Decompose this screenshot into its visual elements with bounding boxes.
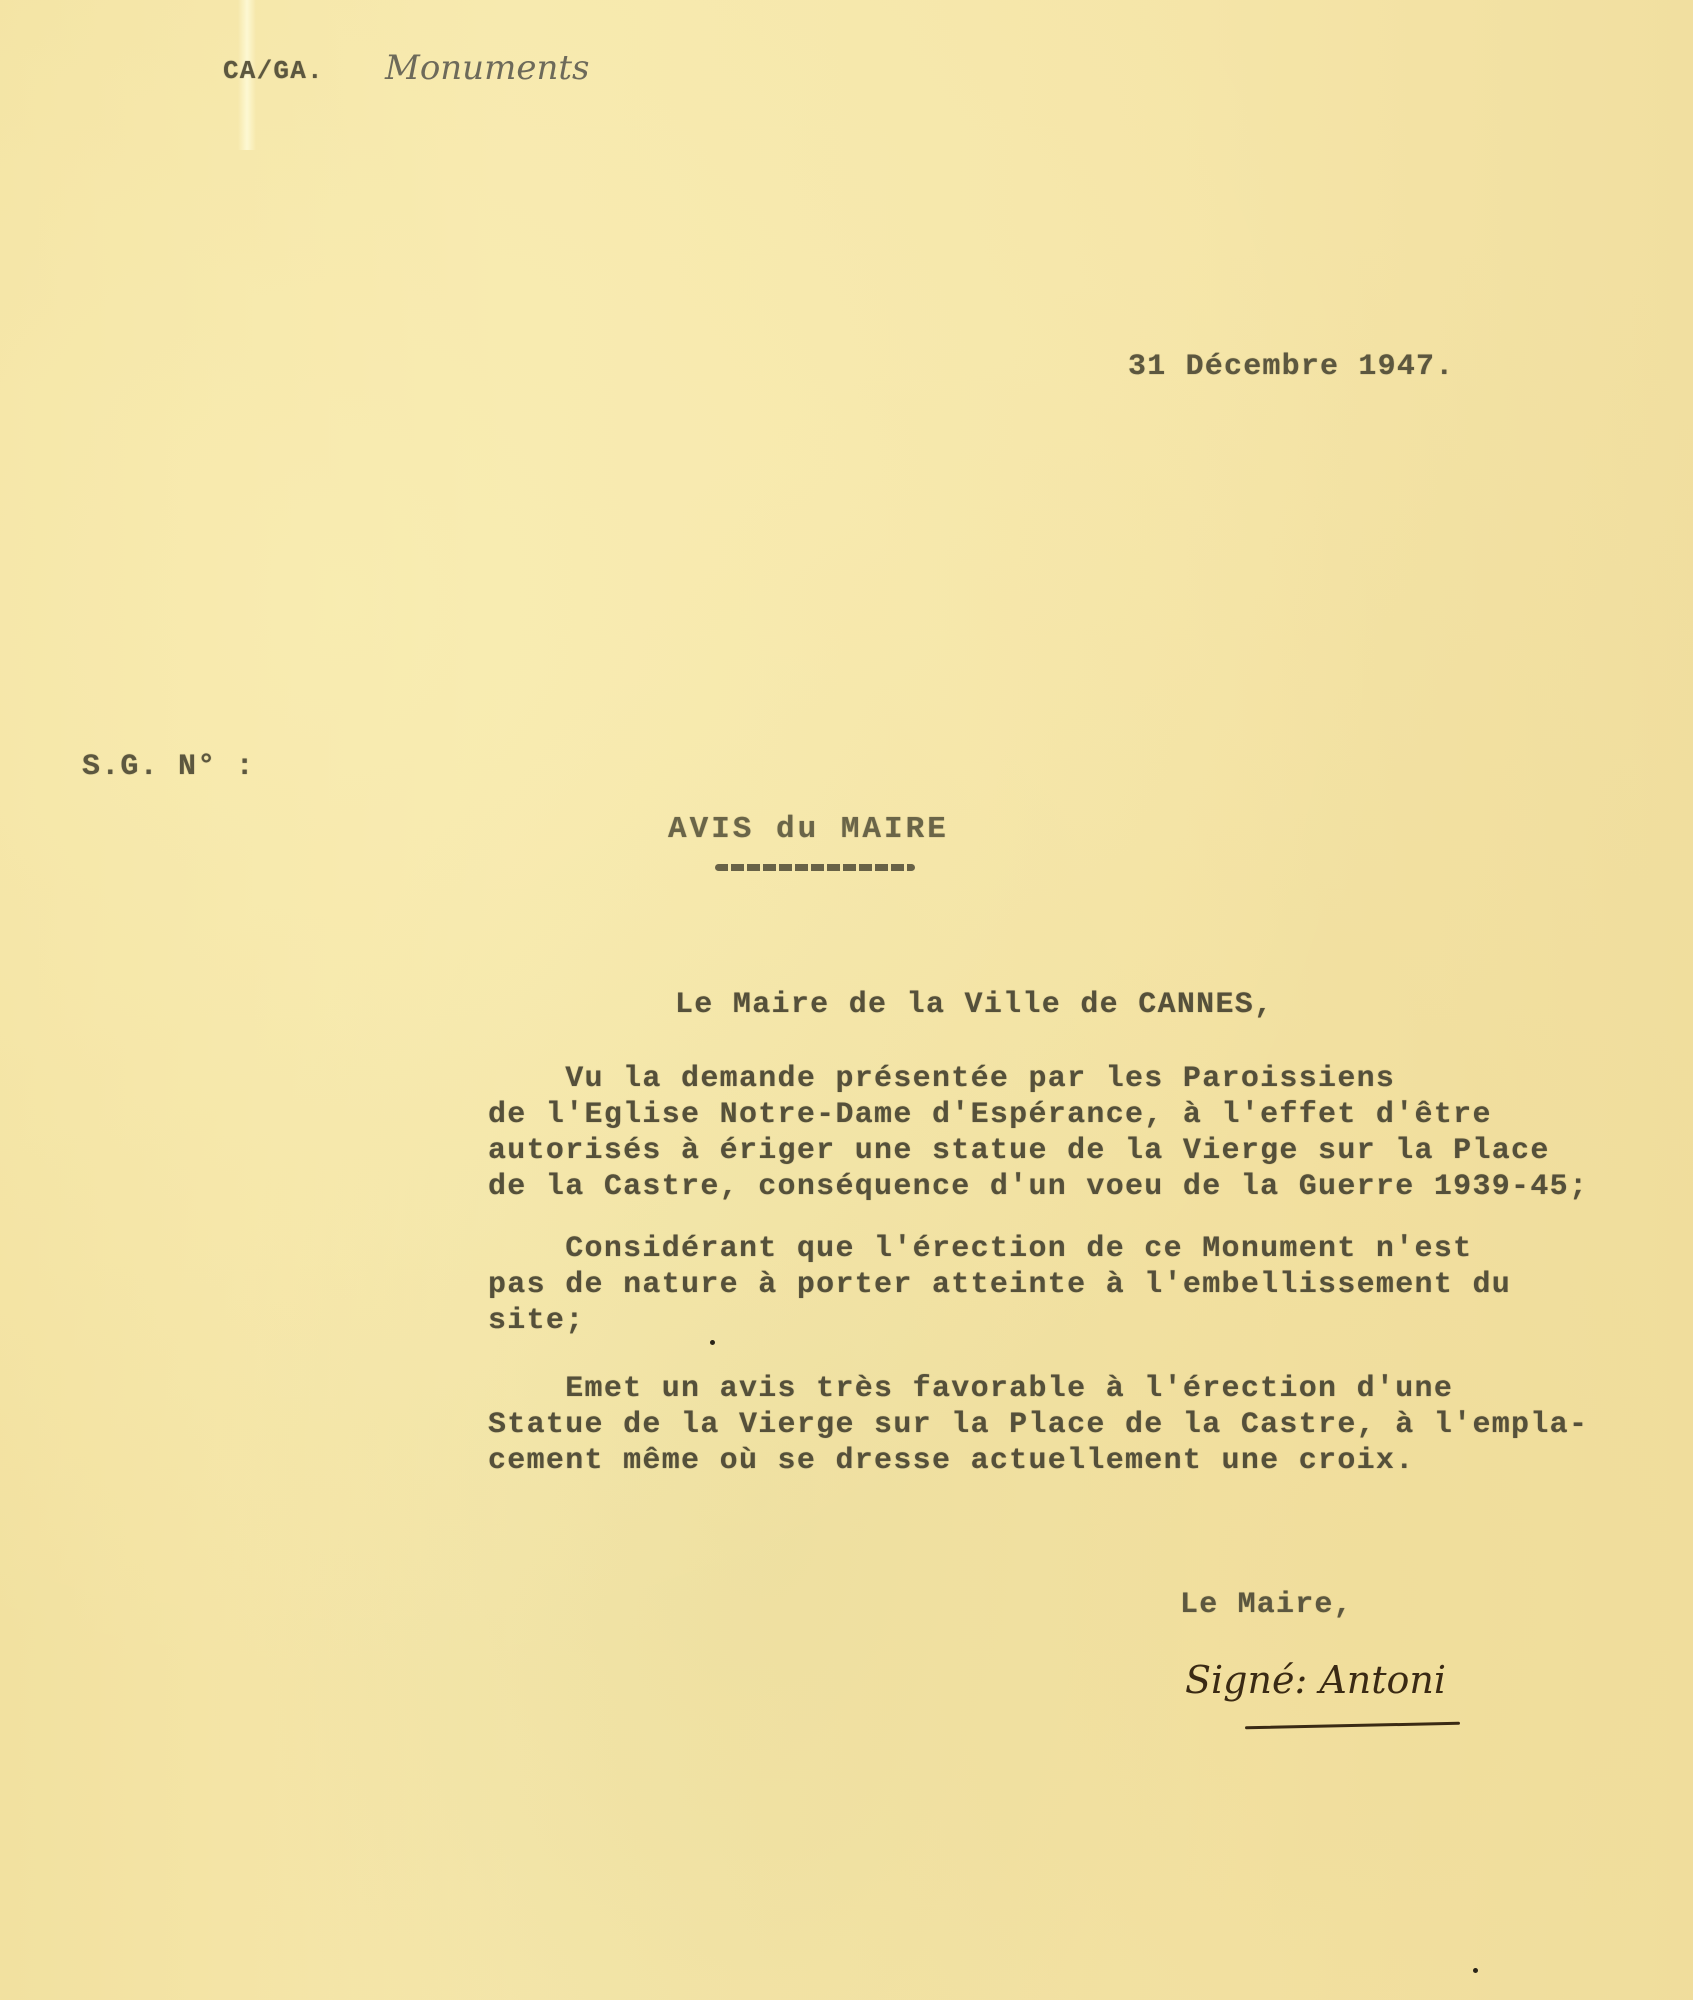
paragraph-line: site; (488, 1304, 585, 1338)
title-underline (715, 864, 915, 871)
closing-title: Le Maire, (1180, 1588, 1353, 1622)
signature-underline (1245, 1722, 1460, 1730)
paragraph-line: Emet un avis très favorable à l'érection… (488, 1372, 1453, 1406)
salutation: Le Maire de la Ville de CANNES, (675, 988, 1273, 1022)
sg-number-label: S.G. N° : (82, 750, 255, 784)
document-title: AVIS du MAIRE (668, 812, 949, 847)
paragraph-line: cement même où se dresse actuellement un… (488, 1444, 1415, 1478)
paragraph-line: autorisés à ériger une statue de la Vier… (488, 1134, 1550, 1168)
document-date: 31 Décembre 1947. (1128, 350, 1454, 384)
paragraph-line: de l'Eglise Notre-Dame d'Espérance, à l'… (488, 1098, 1492, 1132)
paragraph-line: de la Castre, conséquence d'un voeu de l… (488, 1170, 1588, 1204)
reference-code: CA/GA. (223, 56, 324, 86)
paragraph-line: Considérant que l'érection de ce Monumen… (488, 1232, 1472, 1266)
paragraph-line: Statue de la Vierge sur la Place de la C… (488, 1408, 1588, 1442)
handwritten-signature: Signé: Antoni (1185, 1658, 1446, 1702)
ink-speck (710, 1340, 715, 1345)
paragraph-line: Vu la demande présentée par les Paroissi… (488, 1062, 1395, 1096)
paragraph-line: pas de nature à porter atteinte à l'embe… (488, 1268, 1511, 1302)
ink-speck (1473, 1968, 1478, 1973)
handwritten-reference-note: Monuments (385, 48, 589, 88)
